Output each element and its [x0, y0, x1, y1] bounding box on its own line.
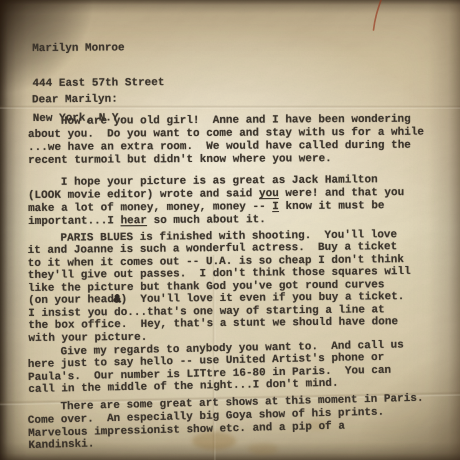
letter-text: were! and that you [279, 187, 405, 200]
letter-paragraph: I hope your picture is as great as Jack … [28, 174, 405, 229]
underlined-word: you [259, 188, 279, 200]
letter-content: Marilyn Monroe 444 East 57th Street New … [0, 0, 460, 460]
letter-line: ...we have an extra room. We would have … [28, 140, 424, 155]
letter-text: How are you old girl! Anne and I have be… [28, 114, 411, 128]
letter-text: about you. Do you want to come and stay … [28, 127, 424, 141]
letter-text: important...I [28, 215, 121, 228]
letter-text: so much about it. [147, 214, 266, 227]
letter-photograph: Marilyn Monroe 444 East 57th Street New … [0, 0, 460, 460]
underlined-word: hear [121, 215, 147, 227]
letter-paragraph: There are some great art shows at this m… [27, 393, 424, 454]
letter-paragraph: PARIS BLUES is finished with shooting. Y… [27, 229, 411, 345]
letter-text: ...we have an extra room. We would have … [28, 140, 411, 154]
letter-text: know it must be [279, 200, 385, 213]
letter-line: recent turmoil but didn't know where you… [28, 153, 424, 168]
letter-line: important...I hear so much about it. [28, 213, 404, 229]
letter-body: How are you old girl! Anne and I have be… [28, 0, 460, 460]
letter-paragraph: How are you old girl! Anne and I have be… [28, 114, 424, 168]
letter-paragraph: Give my regards to anybody you want to. … [28, 339, 405, 396]
letter-text: (LOOK movie editor) wrote and said [28, 188, 259, 202]
letter-text: (on your head [28, 294, 114, 307]
letter-text: recent turmoil but didn't know where you… [28, 153, 332, 167]
letter-text: with your picture. [28, 331, 147, 344]
letter-text: Kandinski. [28, 439, 94, 453]
letter-text: make a lot of money, money, money -- [28, 201, 272, 215]
